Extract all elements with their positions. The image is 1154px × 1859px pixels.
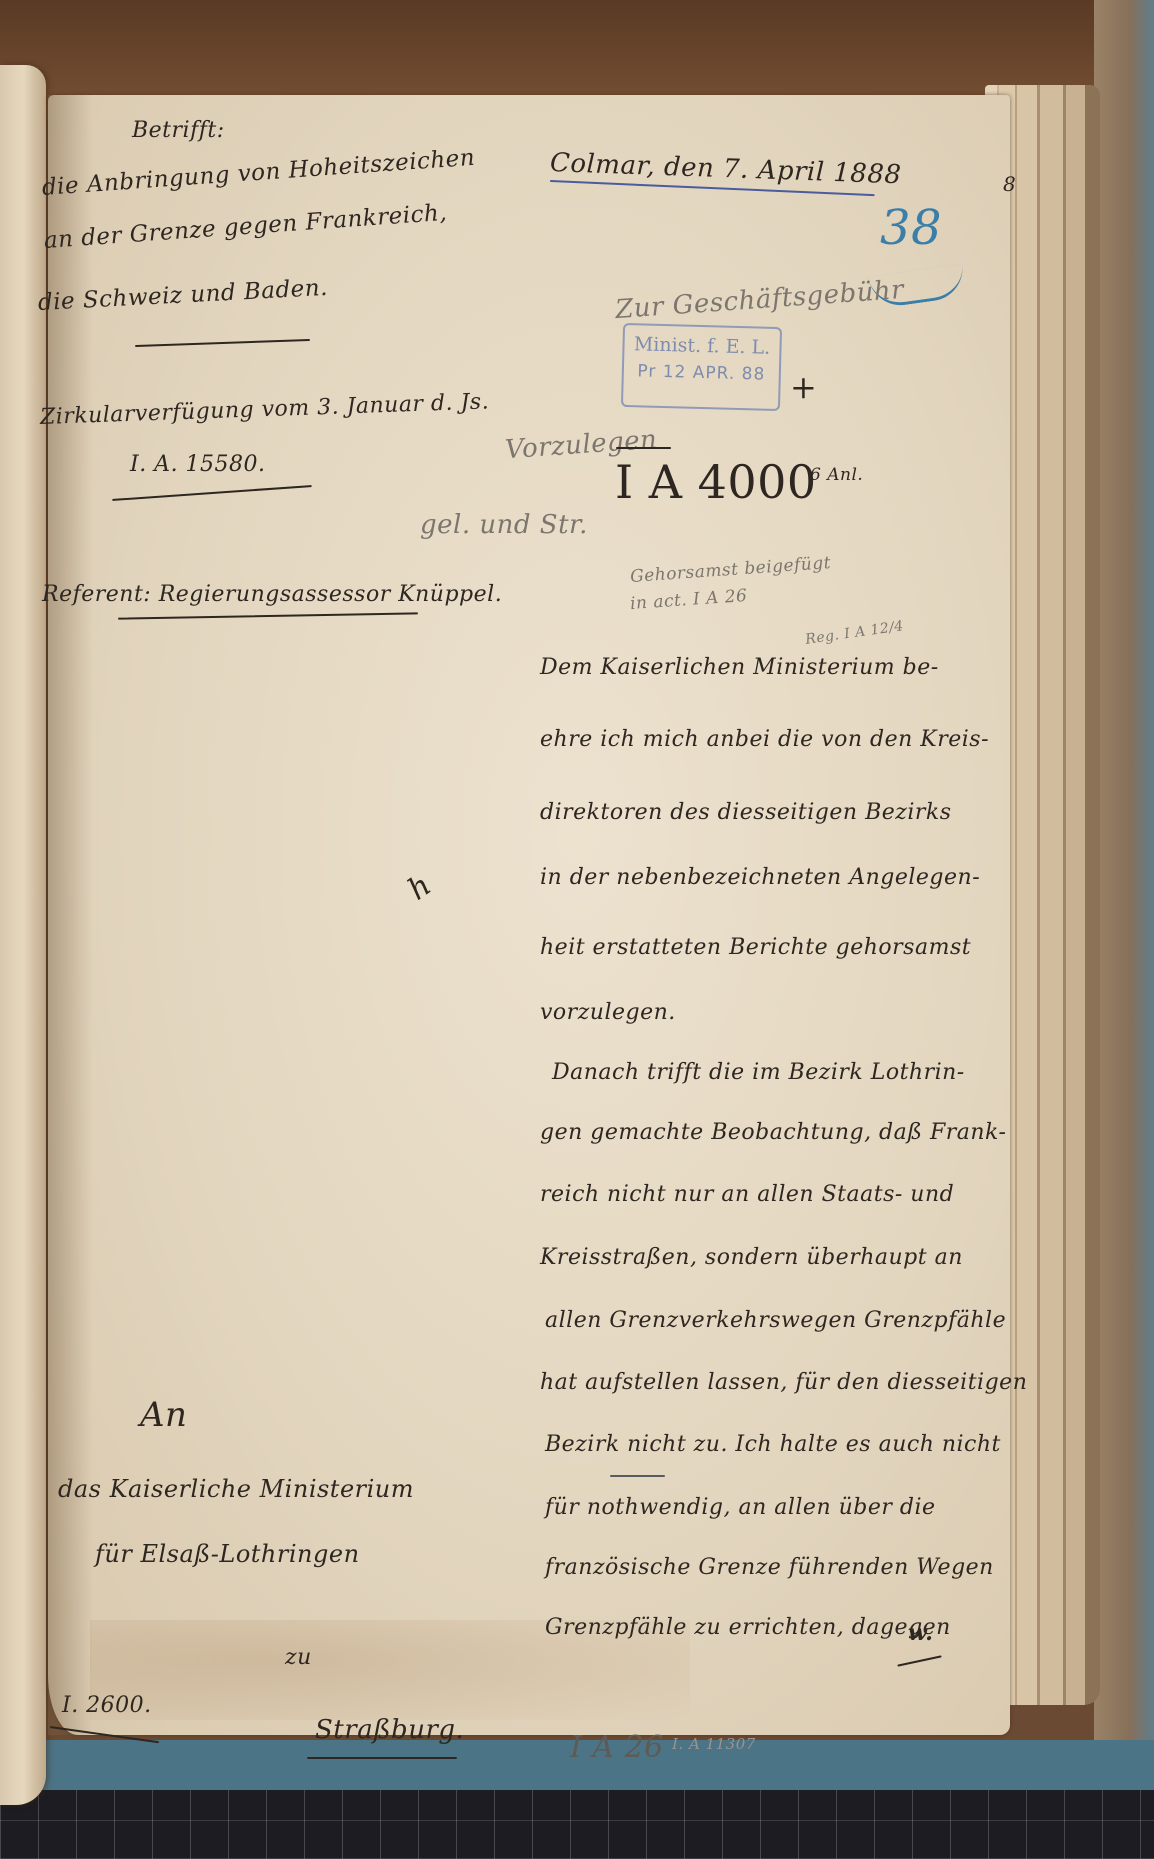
body-line: Danach trifft die im Bezirk Lothrin- — [552, 1060, 965, 1085]
reference-number: I. A. 15580. — [130, 452, 266, 477]
body-line: Bezirk nicht zu. Ich halte es auch nicht — [545, 1432, 1001, 1457]
body-line: Dem Kaiserlichen Ministerium be- — [540, 655, 939, 680]
body-line: französische Grenze führenden Wegen — [545, 1555, 994, 1580]
body-line: ehre ich mich anbei die von den Kreis- — [540, 727, 989, 752]
body-line: für nothwendig, an allen über die — [545, 1495, 936, 1520]
footer-number: I. 2600. — [62, 1693, 152, 1718]
nicht-underline — [610, 1475, 665, 1477]
left-page-curl — [0, 65, 46, 1805]
body-line: heit erstatteten Berichte gehorsamst — [540, 935, 971, 960]
body-line: Kreisstraßen, sondern überhaupt an — [540, 1245, 963, 1270]
body-line: gen gemachte Beobachtung, daß Frank- — [540, 1120, 1006, 1145]
body-line: in der nebenbezeichneten Angelegen- — [540, 865, 980, 890]
bottom-faint-number: I. A 11307 — [672, 1735, 756, 1753]
receipt-stamp: Minist. f. E. L. Pr 12 APR. 88 — [621, 323, 782, 411]
catchword: w. — [908, 1620, 933, 1646]
address-city: Straßburg. — [315, 1715, 464, 1745]
body-line: Grenzpfähle zu errichten, dagegen — [545, 1615, 951, 1640]
body-line: reich nicht nur an allen Staats- und — [540, 1182, 954, 1207]
referent-line: Referent: Regierungsassessor Knüppel. — [42, 582, 502, 607]
stamp-line-2: Pr 12 APR. 88 — [624, 361, 779, 385]
address-zu: zu — [285, 1645, 312, 1670]
address-line: für Elsaß-Lothringen — [95, 1540, 360, 1568]
underline — [307, 1757, 457, 1759]
journal-suffix: 6 Anl. — [810, 465, 863, 485]
address-line: das Kaiserliche Ministerium — [58, 1475, 414, 1503]
background-board-right — [1094, 0, 1154, 1859]
plus-mark: + — [790, 368, 817, 406]
stamp-line-1: Minist. f. E. L. — [624, 333, 780, 359]
pencil-annotation-gel: gel. und Str. — [420, 510, 588, 540]
body-line: hat aufstellen lassen, für den diesseiti… — [540, 1370, 1027, 1395]
journal-overline — [616, 447, 671, 449]
cutting-mat — [0, 1790, 1154, 1859]
edge-number: 8 — [1003, 172, 1016, 196]
subject-label: Betrifft: — [132, 118, 225, 143]
body-line: direktoren des diesseitigen Bezirks — [540, 800, 952, 825]
journal-number: I A 4000 — [615, 455, 817, 509]
bottom-journal-number: I A 26 — [570, 1730, 664, 1765]
body-line: vorzulegen. — [540, 1000, 676, 1025]
folio-number: 38 — [880, 200, 942, 256]
body-line: allen Grenzverkehrswegen Grenzpfähle — [545, 1308, 1006, 1333]
address-an: An — [140, 1395, 187, 1435]
